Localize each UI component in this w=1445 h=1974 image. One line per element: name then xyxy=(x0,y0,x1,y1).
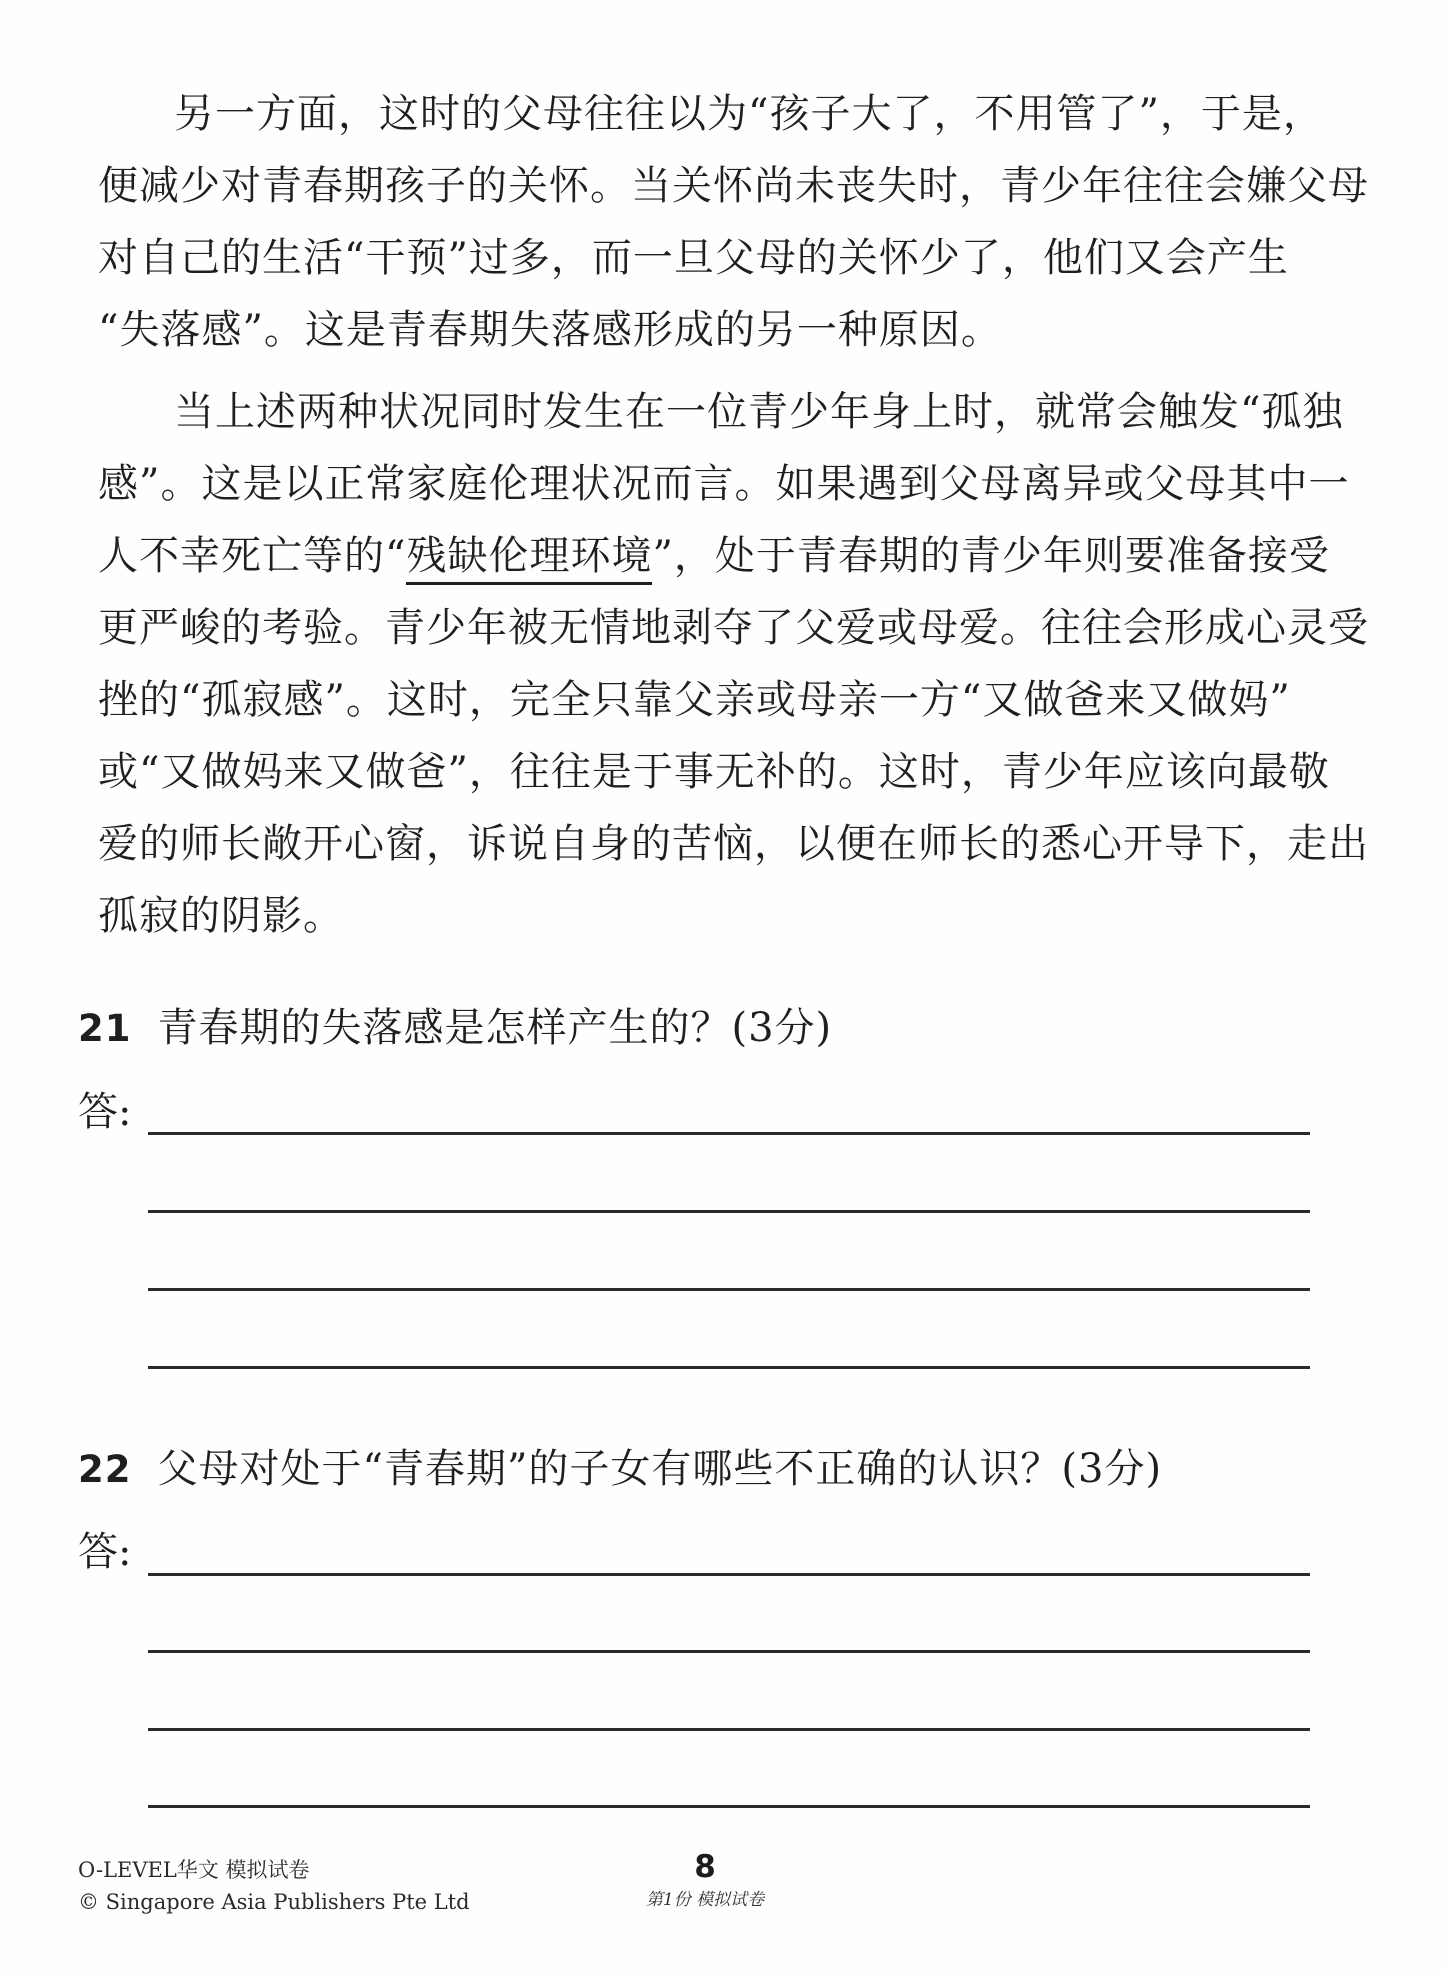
passage-line: 当上述两种状况同时发生在一位青少年身上时，就常会触发“孤独 xyxy=(98,376,1338,448)
passage-line: 爱的师长敞开心窗，诉说自身的苦恼，以便在师长的悉心开导下，走出 xyxy=(98,808,1338,880)
passage-line-underlined-term: 人不幸死亡等的“残缺伦理环境”，处于青春期的青少年则要准备接受 xyxy=(98,520,1338,592)
underline-pre-text: 人不幸死亡等的“ xyxy=(98,533,406,579)
passage-line: 挫的“孤寂感”。这时，完全只靠父亲或母亲一方“又做爸来又做妈” xyxy=(98,664,1338,736)
question-22-answer-line-1[interactable] xyxy=(148,1573,1310,1576)
passage-line: 孤寂的阴影。 xyxy=(98,880,1338,952)
question-21-answer-line-4[interactable] xyxy=(148,1366,1310,1369)
question-21-answer-label: 答: xyxy=(78,1088,131,1136)
underlined-term: 残缺伦理环境 xyxy=(406,533,652,585)
question-21-number: 21 xyxy=(78,1007,132,1050)
question-21-answer-line-3[interactable] xyxy=(148,1288,1310,1291)
footer-copyright: © Singapore Asia Publishers Pte Ltd xyxy=(78,1886,470,1918)
reading-passage: 另一方面，这时的父母往往以为“孩子大了，不用管了”，于是， 便减少对青春期孩子的… xyxy=(98,78,1338,952)
question-21: 21青春期的失落感是怎样产生的？(3分) xyxy=(78,1002,832,1055)
question-21-answer-line-2[interactable] xyxy=(148,1210,1310,1213)
footer-left: O-LEVEL华文 模拟试卷 © Singapore Asia Publishe… xyxy=(78,1854,470,1918)
passage-line: 便减少对青春期孩子的关怀。当关怀尚未丧失时，青少年往往会嫌父母 xyxy=(98,150,1338,222)
footer-section-caption: 第1份 模拟试卷 xyxy=(555,1888,855,1912)
question-21-text: 青春期的失落感是怎样产生的？(3分) xyxy=(158,1005,833,1051)
question-22-answer-line-2[interactable] xyxy=(148,1650,1310,1653)
footer-series-title: O-LEVEL华文 模拟试卷 xyxy=(78,1854,470,1886)
passage-line: 另一方面，这时的父母往往以为“孩子大了，不用管了”，于是， xyxy=(98,78,1338,150)
passage-line: 或“又做妈来又做爸”，往往是于事无补的。这时，青少年应该向最敬 xyxy=(98,736,1338,808)
passage-line: 对自己的生活“干预”过多，而一旦父母的关怀少了，他们又会产生 xyxy=(98,222,1338,294)
question-21-answer-line-1[interactable] xyxy=(148,1132,1310,1135)
footer-center: 8 第1份 模拟试卷 xyxy=(555,1850,855,1912)
page-number: 8 xyxy=(555,1850,855,1884)
paragraph-1: 另一方面，这时的父母往往以为“孩子大了，不用管了”，于是， 便减少对青春期孩子的… xyxy=(98,78,1338,366)
exam-page: 另一方面，这时的父母往往以为“孩子大了，不用管了”，于是， 便减少对青春期孩子的… xyxy=(0,0,1445,1974)
question-22-answer-line-3[interactable] xyxy=(148,1728,1310,1731)
question-22-number: 22 xyxy=(78,1448,132,1491)
paragraph-2: 当上述两种状况同时发生在一位青少年身上时，就常会触发“孤独 感”。这是以正常家庭… xyxy=(98,376,1338,952)
question-22-text: 父母对处于“青春期”的子女有哪些不正确的认识？(3分) xyxy=(158,1446,1163,1492)
passage-line: 感”。这是以正常家庭伦理状况而言。如果遇到父母离异或父母其中一 xyxy=(98,448,1338,520)
question-22: 22父母对处于“青春期”的子女有哪些不正确的认识？(3分) xyxy=(78,1443,1162,1496)
underline-post-text: ”，处于青春期的青少年则要准备接受 xyxy=(652,533,1329,579)
question-22-answer-label: 答: xyxy=(78,1528,131,1576)
passage-line: 更严峻的考验。青少年被无情地剥夺了父爱或母爱。往往会形成心灵受 xyxy=(98,592,1338,664)
question-22-answer-line-4[interactable] xyxy=(148,1805,1310,1808)
passage-line: “失落感”。这是青春期失落感形成的另一种原因。 xyxy=(98,294,1338,366)
